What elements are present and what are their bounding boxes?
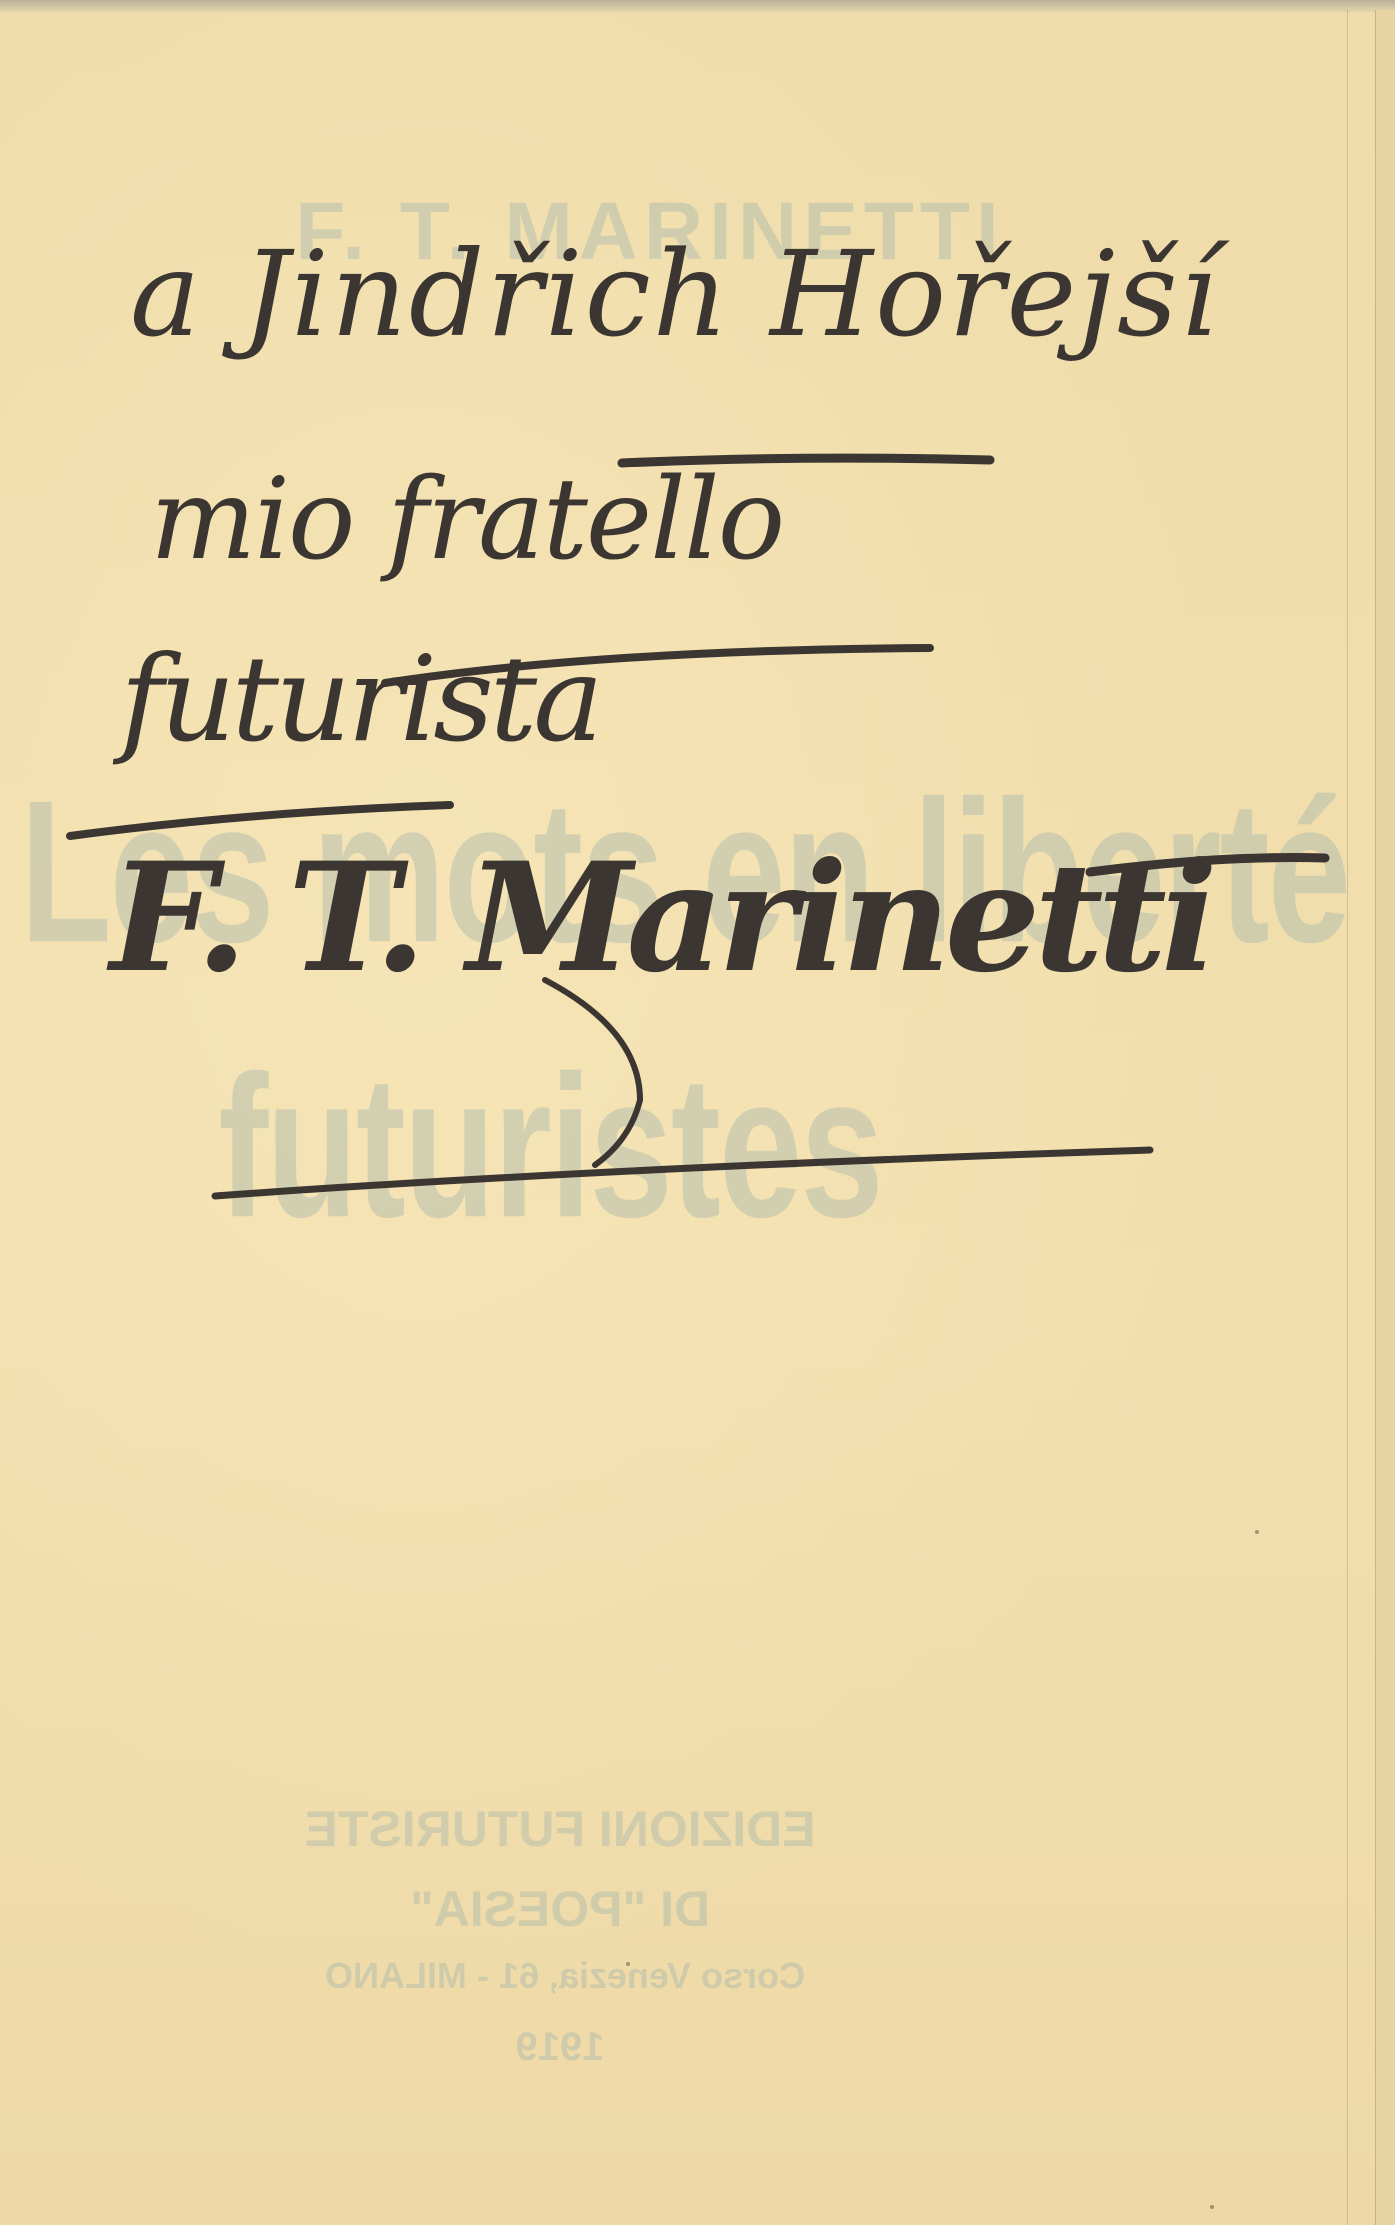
inscription-line-2: mio fratello — [150, 455, 783, 585]
paper-speck — [1210, 2205, 1214, 2209]
inscription-line-1: a Jindřich Hořejší — [130, 225, 1219, 363]
paper-speck — [626, 1962, 630, 1966]
page-fold-line — [1347, 10, 1348, 2225]
printed-publisher-line-1: EDIZIONI FUTURISTE — [240, 1800, 880, 1858]
paper-speck — [1255, 1530, 1259, 1534]
printed-publisher-line-3: Corso Venezia, 61 - MILANO — [240, 1955, 890, 1997]
page-top-edge — [0, 0, 1395, 12]
book-page: F. T. MARINETTI Les mots en liberté futu… — [0, 0, 1395, 2225]
printed-year: 1919 — [480, 2025, 640, 2070]
signature: F. T. Marinetti — [110, 830, 1212, 1006]
inscription-line-3: futurista — [120, 630, 600, 768]
page-edge-line — [1375, 10, 1376, 2225]
page-right-edge — [1376, 10, 1395, 2225]
printed-publisher-line-2: DI "POESIA" — [360, 1880, 760, 1938]
printed-title-line-2: futuristes — [200, 1030, 900, 1264]
